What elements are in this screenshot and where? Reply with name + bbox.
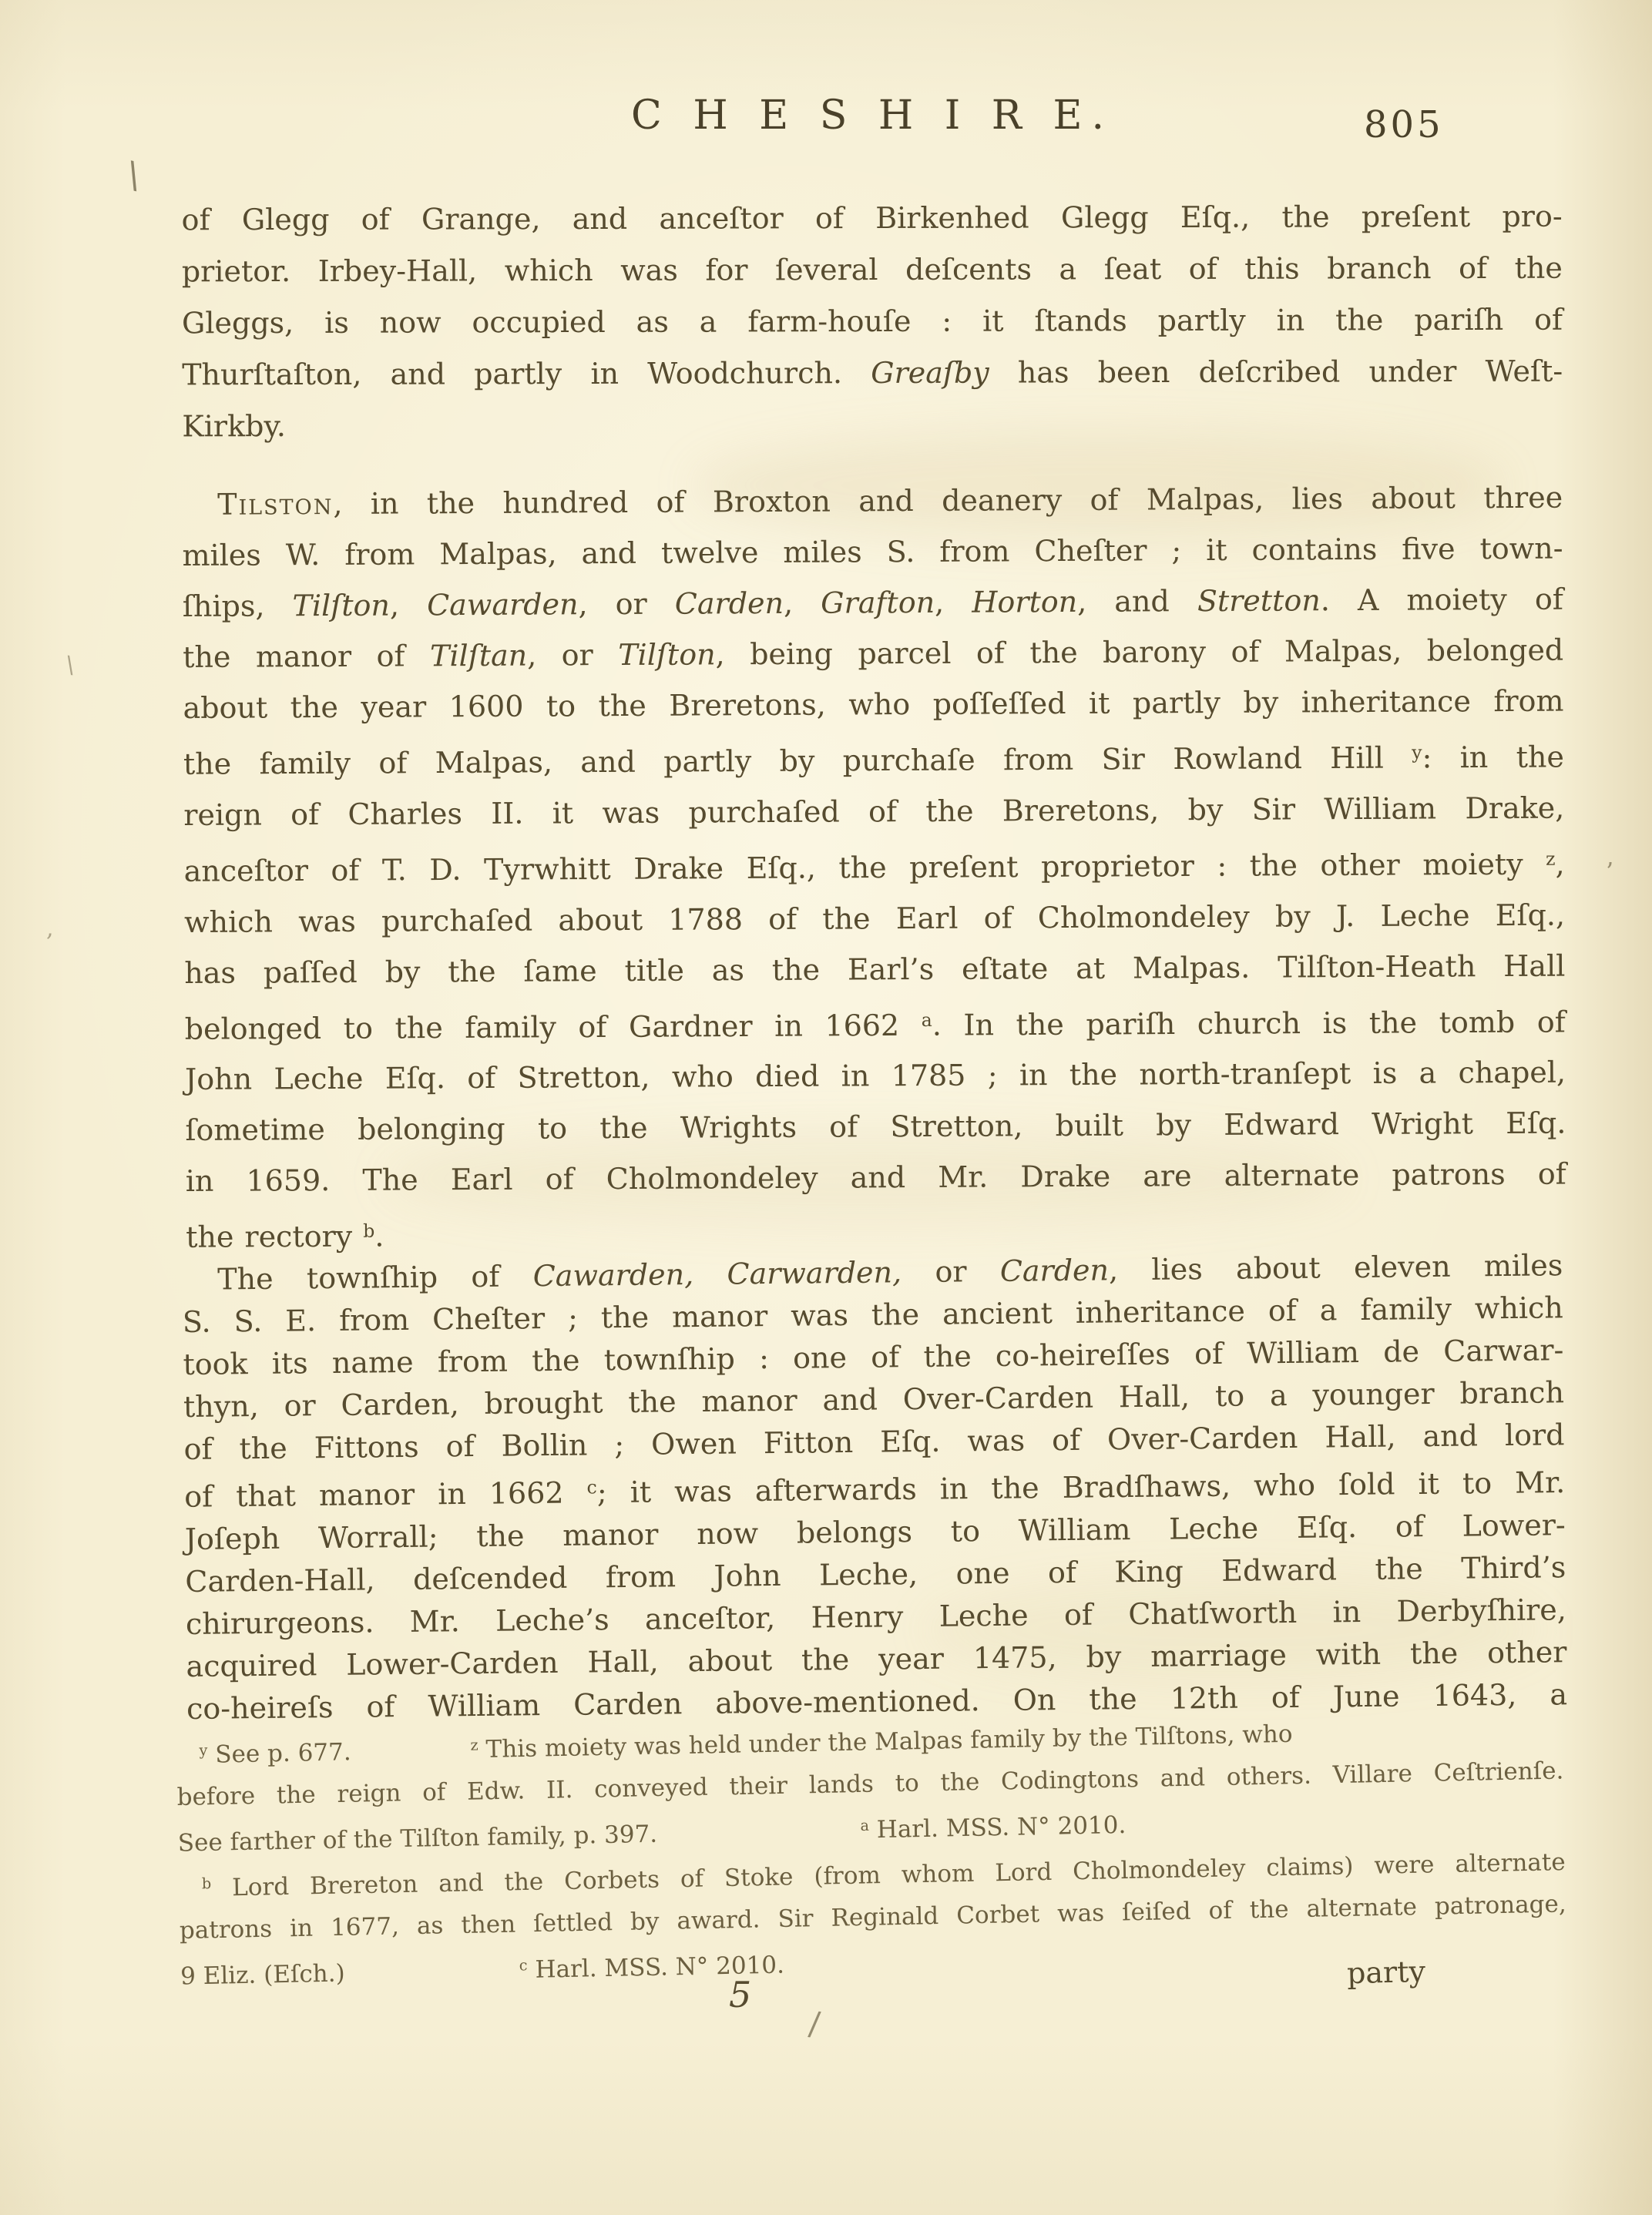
book-page: C H E S H I R E. 805 of Glegg of Grange,… [0, 0, 1652, 2215]
text-segment: , or [527, 638, 618, 673]
text-segment: Horton [972, 585, 1077, 619]
text-segment: has paſſed by the ſame title as the Earl… [184, 948, 1565, 989]
text-segment: . In the pariſh church is the tomb of [932, 1005, 1566, 1042]
text-segment: z [470, 1736, 478, 1754]
text-segment: . A moiety of [1321, 582, 1563, 618]
text-segment: in 1659. The Earl of Cholmondeley and Mr… [186, 1157, 1566, 1198]
text-segment: a [860, 1816, 869, 1834]
text-segment: , [390, 588, 427, 622]
text-segment: Grafton [821, 586, 935, 620]
text-segment: . [374, 1220, 384, 1253]
text-segment: See p. 677. [207, 1738, 351, 1769]
page-number: 805 [1364, 103, 1444, 146]
running-header-title: C H E S H I R E. [182, 92, 1563, 139]
text-segment: anceſtor of T. D. Tyrwhitt Drake Eſq., t… [184, 847, 1546, 888]
scan-artifact: / [807, 2004, 821, 2042]
text-line: the manor of Tilſtan, or Tilſton, being … [183, 625, 1563, 683]
text-segment: ; it was afterwards in the Bradſhaws, wh… [597, 1465, 1566, 1509]
signature-mark: 5 [729, 1974, 751, 2015]
text-line: of Glegg of Grange, and anceſtor of Birk… [182, 191, 1563, 247]
text-segment [657, 1837, 860, 1841]
paragraph-cawarden: The townſhip of Cawarden, Carwarden, or … [182, 1244, 1567, 1730]
text-segment: The townſhip of [217, 1259, 533, 1296]
text-line: reign of Charles II. it was purchaſed of… [183, 782, 1564, 840]
text-segment: the manor of [183, 639, 430, 674]
text-line: John Leche Eſq. of Stretton, who died in… [185, 1047, 1566, 1105]
text-segment: ſhips, [183, 589, 293, 623]
text-segment: Carden [1000, 1253, 1110, 1287]
text-segment: reign of Charles II. it was purchaſed of… [183, 790, 1564, 831]
text-segment: the family of Malpas, and partly by purc… [183, 740, 1412, 780]
footnotes-block: y See p. 677.z This moiety was held unde… [176, 1703, 1567, 1997]
text-line: prietor. Irbey-Hall, which was for ſever… [182, 243, 1563, 298]
text-segment: Harl. MSS. N° 2010. [869, 1811, 1127, 1844]
text-segment: miles W. from Malpas, and twelve miles S… [182, 532, 1563, 572]
text-line: Thurſtaſton, and partly in Woodchurch. G… [182, 346, 1563, 401]
text-segment: : in the [1422, 740, 1564, 774]
text-segment: Tilſtan [430, 639, 527, 673]
text-segment: b [202, 1874, 212, 1892]
text-segment: about the year 1600 to the Breretons, wh… [183, 684, 1563, 725]
text-segment: y [1412, 742, 1422, 764]
text-segment [345, 1978, 519, 1981]
text-segment: Stretton [1197, 583, 1321, 618]
text-line: miles W. from Malpas, and twelve miles S… [182, 523, 1563, 581]
text-segment: , and [1077, 584, 1197, 619]
text-segment: ſometime belonging to the Wrights of Str… [185, 1106, 1566, 1147]
text-segment: Gleggs, is now occupied as a farm-houſe … [182, 303, 1563, 341]
text-line: anceſtor of T. D. Tyrwhitt Drake Eſq., t… [183, 833, 1564, 896]
scan-artifact: , [46, 915, 54, 942]
text-line: ſometime belonging to the Wrights of Str… [185, 1098, 1566, 1156]
text-segment: John Leche Eſq. of Stretton, who died in… [185, 1055, 1566, 1096]
text-segment: belonged to the family of Gardner in 166… [185, 1008, 922, 1045]
scan-artifact: \ [124, 153, 144, 196]
text-segment: Cawarden, Carwarden, [532, 1255, 902, 1293]
catchword: party [1346, 1955, 1425, 1990]
text-segment: which was purchaſed about 1788 of the Ea… [184, 898, 1565, 938]
text-segment [351, 1757, 471, 1760]
paragraph-tilston: Tilston, in the hundred of Broxton and d… [182, 472, 1566, 1263]
text-segment: 9 Eliz. (Eſch.) [180, 1959, 345, 1990]
text-segment: has been deſcribed under Weſt- [989, 354, 1563, 390]
text-segment: Kirkby. [182, 409, 286, 443]
text-line: Gleggs, is now occupied as a farm-houſe … [182, 294, 1563, 350]
text-segment: c [519, 1956, 528, 1974]
scan-artifact: \ [65, 651, 76, 679]
text-segment: b [363, 1220, 374, 1242]
text-segment: Tilſton [292, 589, 390, 623]
text-segment: , or [578, 587, 675, 622]
text-segment: Tilſton [618, 637, 716, 672]
text-segment: the rectory [186, 1220, 363, 1254]
text-line: has paſſed by the ſame title as the Earl… [184, 940, 1565, 998]
text-segment: prietor. Irbey-Hall, which was for ſever… [182, 251, 1563, 289]
text-segment: Thurſtaſton, and partly in Woodchurch. [182, 356, 871, 391]
text-line: which was purchaſed about 1788 of the Ea… [184, 889, 1565, 947]
text-line: the family of Malpas, and partly by purc… [183, 727, 1564, 790]
text-segment: Greaſby [871, 356, 989, 390]
text-segment: Carden [675, 586, 784, 621]
text-segment: of Glegg of Grange, and anceſtor of Birk… [182, 200, 1563, 237]
text-line: belonged to the family of Gardner in 166… [185, 991, 1566, 1054]
text-segment: y [199, 1741, 207, 1759]
text-segment: c [586, 1476, 596, 1498]
text-segment: , lies about eleven miles [1109, 1248, 1563, 1287]
text-segment: , [935, 586, 972, 619]
text-line: Kirkby. [182, 398, 1563, 453]
text-segment: a [922, 1008, 932, 1030]
scan-artifact: ’ [1606, 857, 1613, 886]
text-segment: Cawarden [427, 587, 579, 622]
text-segment: z [1546, 847, 1556, 869]
text-line: Tilston, in the hundred of Broxton and d… [182, 472, 1563, 530]
text-segment: , [1555, 847, 1564, 881]
text-segment: , [784, 586, 821, 620]
text-line: about the year 1600 to the Breretons, wh… [183, 676, 1563, 733]
text-segment: of that manor in 1662 [184, 1475, 587, 1513]
text-line: ſhips, Tilſton, Cawarden, or Carden, Gra… [183, 574, 1563, 632]
text-segment: , being parcel of the barony of Malpas, … [715, 633, 1563, 672]
paragraph-glegg-grange: of Glegg of Grange, and anceſtor of Birk… [182, 191, 1563, 453]
text-segment: See farther of the Tilſton family, p. 39… [177, 1820, 657, 1857]
text-segment: or [902, 1254, 1000, 1289]
text-segment: , in the hundred of Broxton and deanery … [333, 481, 1563, 521]
text-line: in 1659. The Earl of Cholmondeley and Mr… [186, 1149, 1566, 1207]
text-segment: Tilston [217, 487, 333, 522]
